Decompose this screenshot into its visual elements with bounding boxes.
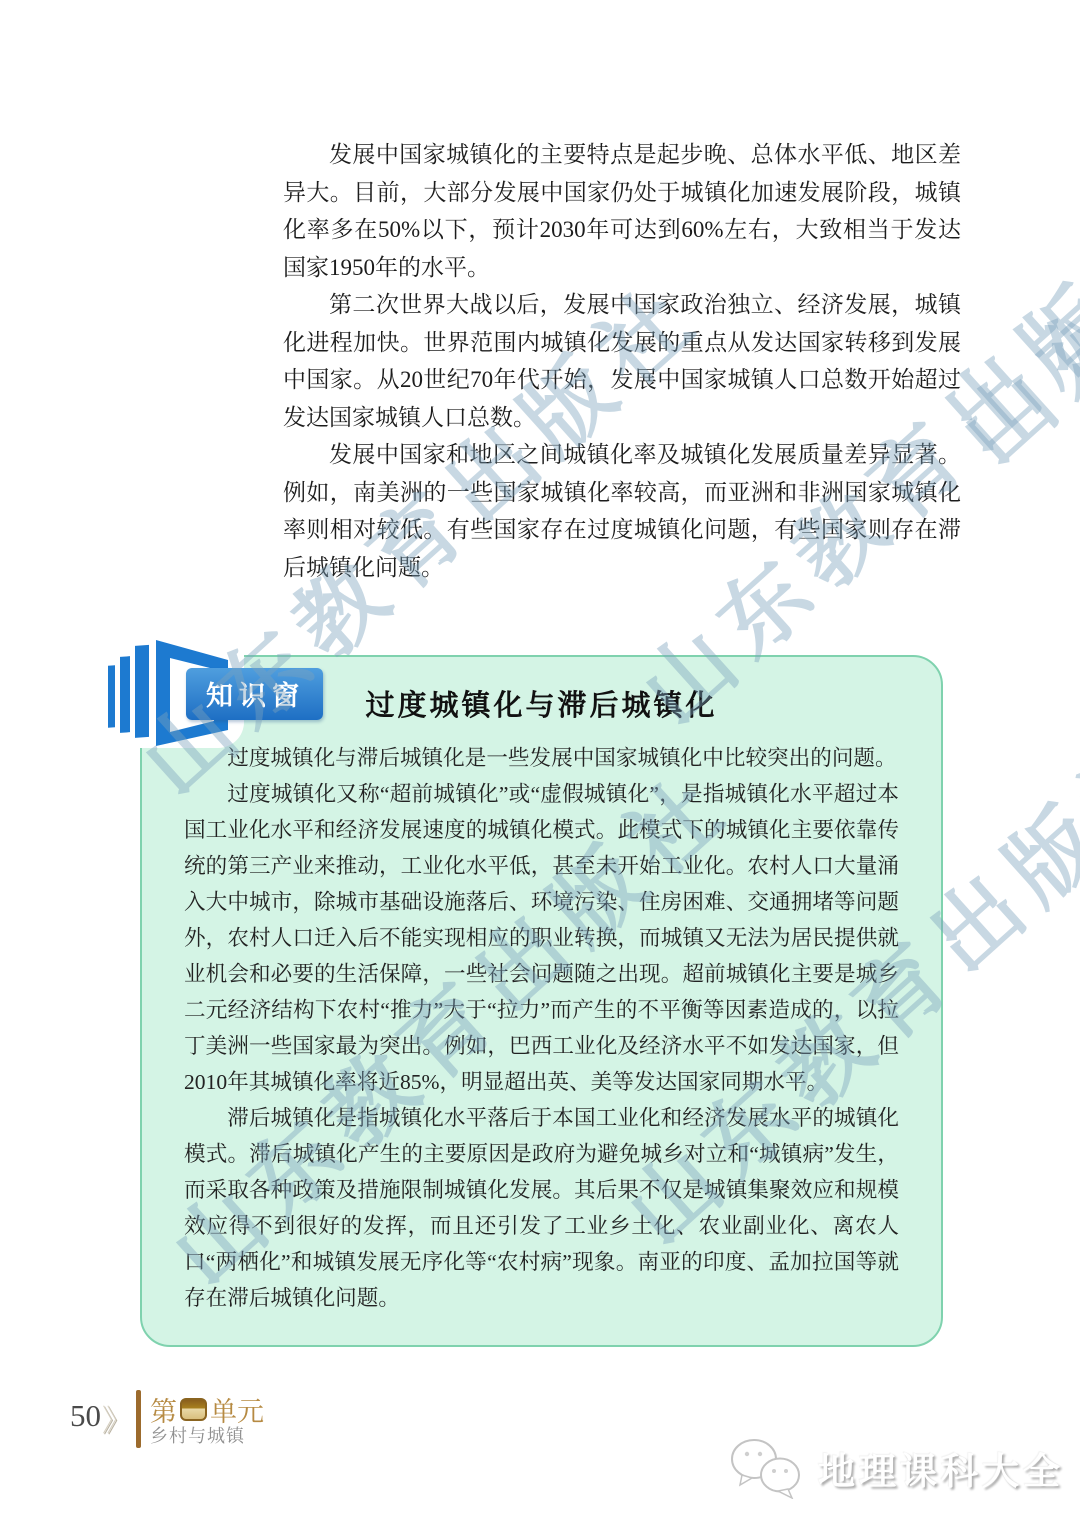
unit-subtitle: 乡村与城镇 xyxy=(150,1422,245,1448)
page-footer: 50 》 第 单元 乡村与城镇 xyxy=(0,1388,400,1468)
knowledge-window-body: 过度城镇化与滞后城镇化是一些发展中国家城镇化中比较突出的问题。 过度城镇化又称“… xyxy=(142,740,941,1316)
unit-number-badge xyxy=(180,1398,207,1421)
page-number: 50 xyxy=(70,1398,101,1434)
paragraph: 发展中国家城镇化的主要特点是起步晚、总体水平低、地区差异大。目前，大部分发展中国… xyxy=(283,136,961,286)
textbook-page: 山东教育出版社 山东教育出版社 山东教育出版社 山东教育出版社 山东教育出版社 … xyxy=(0,0,1080,1515)
paragraph: 过度城镇化与滞后城镇化是一些发展中国家城镇化中比较突出的问题。 xyxy=(184,740,899,776)
knowledge-window-badge: 知识窗 xyxy=(186,668,323,720)
double-chevron-icon: 》 xyxy=(102,1396,132,1440)
footer-divider xyxy=(136,1390,141,1448)
paragraph: 过度城镇化又称“超前城镇化”或“虚假城镇化”，是指城镇化水平超过本国工业化水平和… xyxy=(184,776,899,1100)
paragraph: 第二次世界大战以后，发展中国家政治独立、经济发展，城镇化进程加快。世界范围内城镇… xyxy=(283,286,961,436)
paragraph: 滞后城镇化是指城镇化水平落后于本国工业化和经济发展水平的城镇化模式。滞后城镇化产… xyxy=(184,1100,899,1316)
knowledge-window-box: 过度城镇化与滞后城镇化 过度城镇化与滞后城镇化是一些发展中国家城镇化中比较突出的… xyxy=(140,655,943,1347)
wechat-logo-icon xyxy=(728,1437,806,1499)
brand-logo: 地理课科大全 xyxy=(728,1437,1064,1499)
paragraph: 发展中国家和地区之间城镇化率及城镇化发展质量差异显著。例如，南美洲的一些国家城镇… xyxy=(283,436,961,586)
body-text: 发展中国家城镇化的主要特点是起步晚、总体水平低、地区差异大。目前，大部分发展中国… xyxy=(283,136,961,586)
brand-logo-text: 地理课科大全 xyxy=(818,1441,1064,1495)
